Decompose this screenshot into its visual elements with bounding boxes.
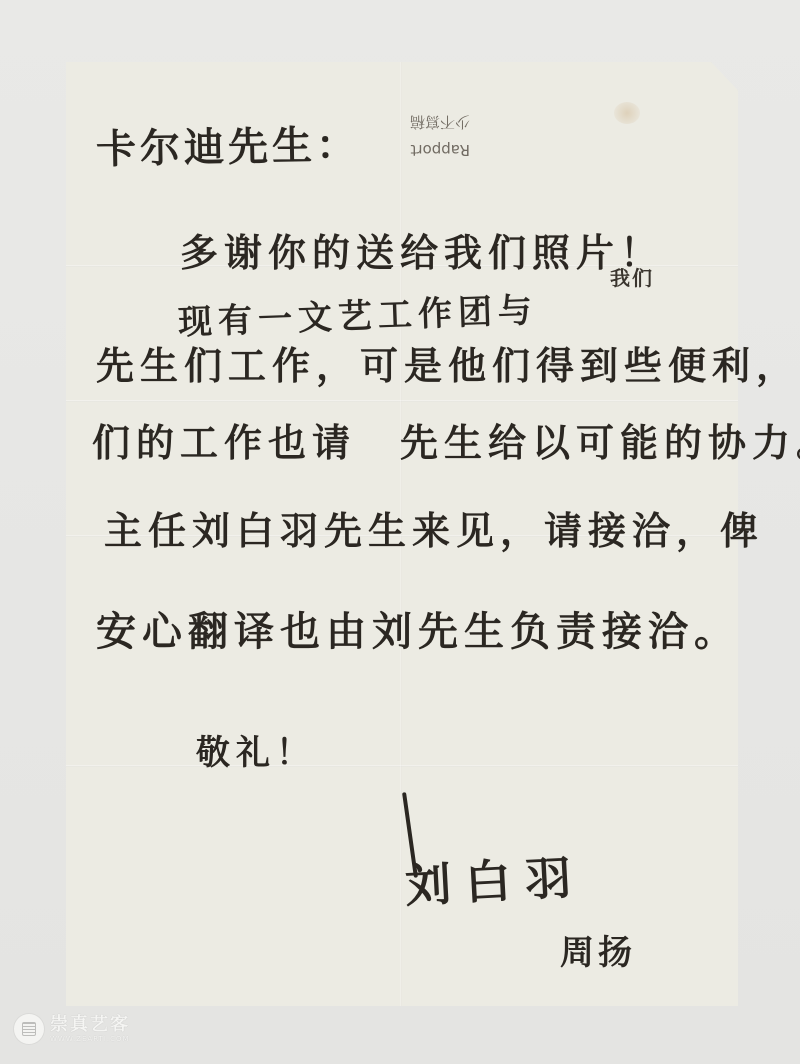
annotation-line: Rapport: [410, 136, 470, 164]
upside-down-annotation: Rapport 少不寫稿: [410, 108, 470, 164]
letter-line: 安心翻译也由刘先生负责接洽。: [96, 600, 740, 657]
signature: 刘白羽: [403, 841, 586, 916]
fold-line: [66, 765, 738, 767]
salutation: 卡尔迪先生：: [96, 113, 361, 175]
watermark-text: 崇真艺客: [50, 1016, 130, 1034]
closing: 敬礼！: [196, 725, 316, 774]
letter-line: 们的工作也请 先生给以可能的协力。: [92, 412, 800, 467]
watermark: 崇真艺客 WWW.ZEARTI.COM: [14, 1014, 130, 1044]
chat-bubble-logo-icon: [14, 1014, 44, 1044]
signature-sub: 周扬: [560, 925, 636, 974]
watermark-url: WWW.ZEARTI.COM: [50, 1036, 130, 1043]
photo-stage: 卡尔迪先生： Rapport 少不寫稿 多谢你的送给我们照片！ 我们 现有一文艺…: [0, 0, 800, 1064]
fold-line: [66, 400, 738, 402]
letter-line: 多谢你的送给我们照片！: [180, 222, 664, 277]
letter-line: 主任刘白羽先生来见，请接洽，俾: [104, 500, 764, 555]
annotation-line: 少不寫稿: [410, 108, 470, 136]
paper-stain: [614, 102, 640, 124]
letter-line: 先生们工作，可是他们得到些便利，他: [96, 335, 800, 390]
inserted-text: 我们: [610, 262, 654, 291]
